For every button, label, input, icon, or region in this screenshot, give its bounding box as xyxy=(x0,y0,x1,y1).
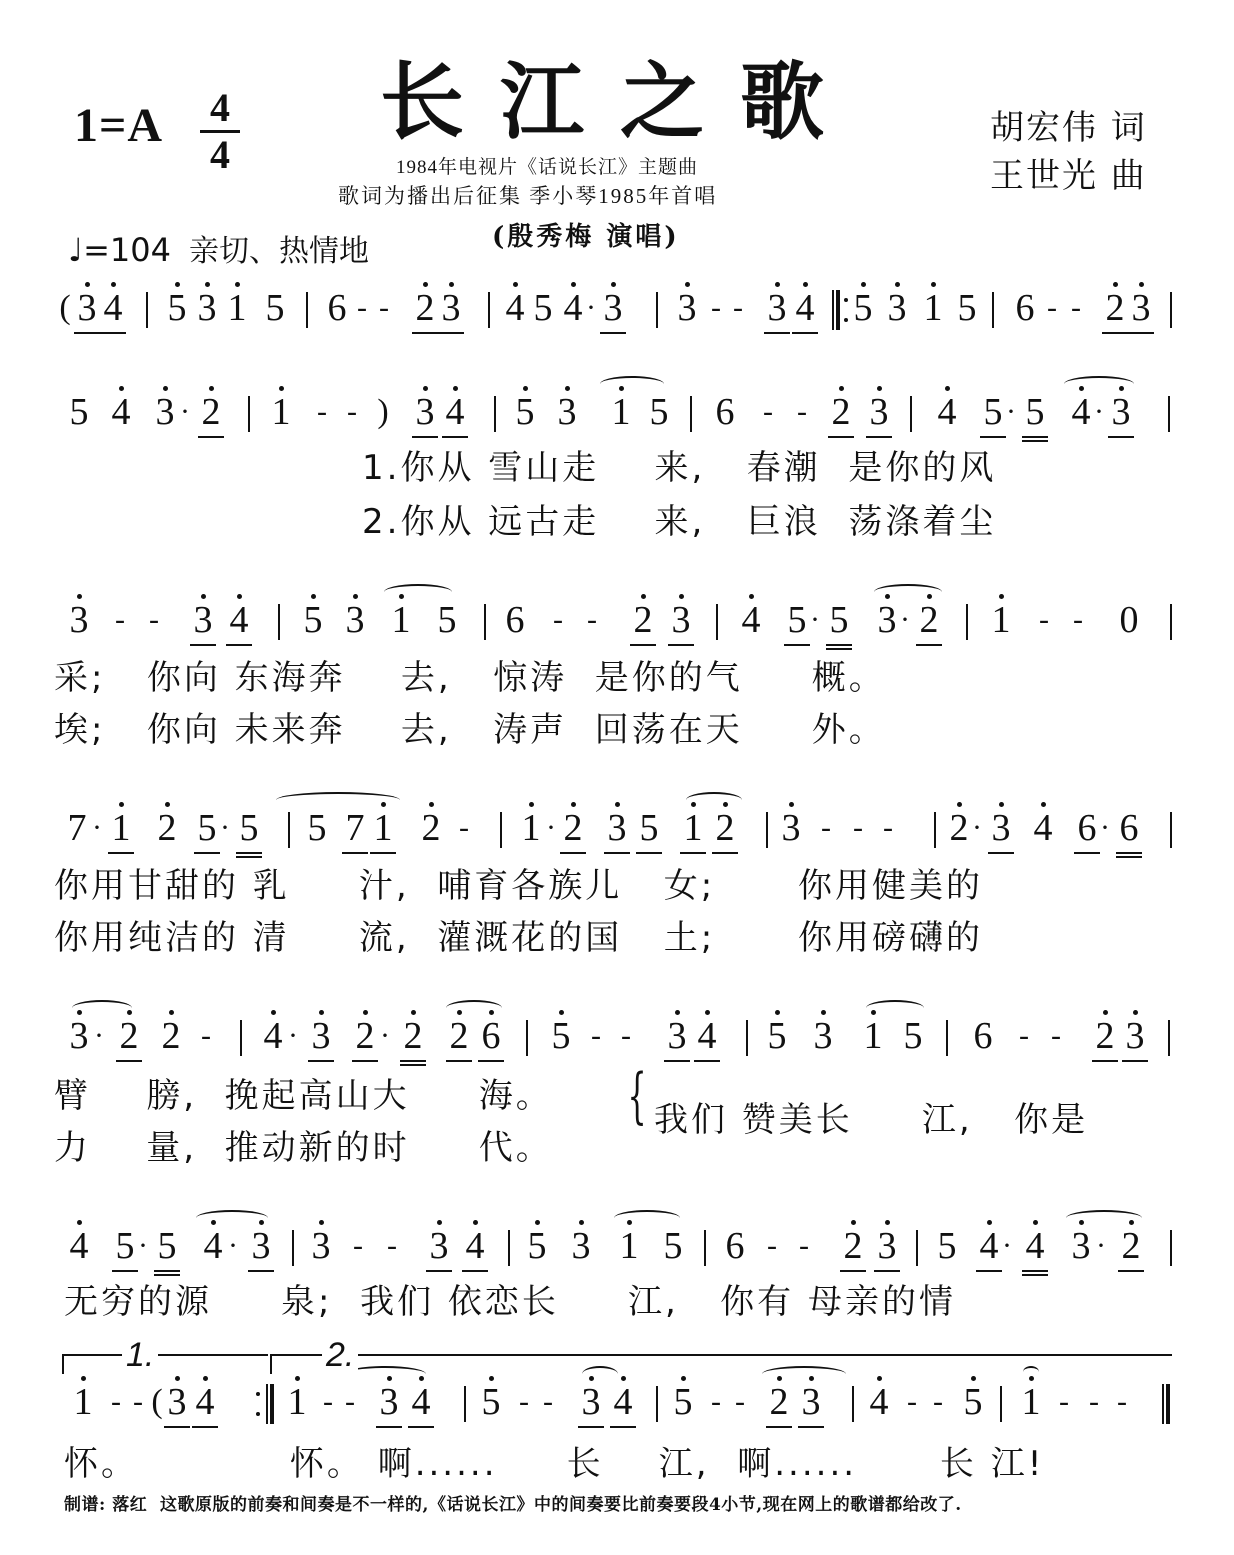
octave-dot xyxy=(679,594,684,599)
extension-dash: - xyxy=(342,1380,358,1424)
note: 1 xyxy=(990,598,1012,642)
extension-dash: - xyxy=(904,1380,920,1424)
underline-eighth xyxy=(308,1060,334,1062)
note-digit: 3 xyxy=(252,1225,271,1267)
note-digit: 3 xyxy=(78,287,97,329)
underline-eighth xyxy=(376,1426,402,1428)
slur-arc xyxy=(446,1000,502,1016)
note-digit: 4 xyxy=(938,391,957,433)
note: 5 xyxy=(982,390,1004,434)
volta-bracket xyxy=(270,1354,1172,1374)
note-digit: 6 xyxy=(482,1015,501,1057)
slur-arc xyxy=(1066,1210,1142,1226)
note: 5 xyxy=(156,1224,178,1268)
extension-dash: - xyxy=(1070,598,1086,642)
extension-dash: - xyxy=(880,806,896,850)
transcriber-note: 制谱: 落红 这歌原版的前奏和间奏是不一样的,《话说长江》中的间奏要比前奏要段4… xyxy=(64,1490,962,1515)
note-digit: 7 xyxy=(346,807,365,849)
note-digit: 1 xyxy=(228,287,247,329)
note-digit: 3 xyxy=(672,599,691,641)
underline-eighth xyxy=(668,644,694,646)
note-digit: 3 xyxy=(312,1225,331,1267)
note: 6 xyxy=(1076,806,1098,850)
note: 5 xyxy=(766,1014,788,1058)
octave-dot xyxy=(999,802,1004,807)
barline xyxy=(146,292,148,328)
barline xyxy=(1168,396,1170,432)
repeat-dots xyxy=(844,298,850,322)
note: 6 xyxy=(326,286,348,330)
octave-dot xyxy=(81,1376,86,1381)
barline xyxy=(306,292,308,328)
note: 3 xyxy=(780,806,802,850)
octave-dot xyxy=(205,282,210,287)
note: 4 xyxy=(262,1014,284,1058)
extension-dash: - xyxy=(1056,1380,1072,1424)
augmentation-dot: · xyxy=(380,1014,390,1058)
octave-dot xyxy=(579,1220,584,1225)
octave-dot xyxy=(429,802,434,807)
slur-arc xyxy=(384,584,452,600)
octave-dot xyxy=(565,386,570,391)
note-digit: 3 xyxy=(878,599,897,641)
octave-dot xyxy=(1033,1220,1038,1225)
extension-dash: - xyxy=(818,806,834,850)
note: 2 xyxy=(200,390,222,434)
note: 5 xyxy=(480,1380,502,1424)
underline-eighth xyxy=(798,1426,824,1428)
note: 5 xyxy=(902,1014,924,1058)
underline-eighth xyxy=(792,332,818,334)
note-digit: 5 xyxy=(674,1381,693,1423)
barline xyxy=(1000,1386,1002,1422)
note: 5 xyxy=(68,390,90,434)
note-digit: 4 xyxy=(112,391,131,433)
extension-dash: - xyxy=(1068,286,1084,330)
note: 4 xyxy=(228,598,250,642)
barline xyxy=(1170,604,1172,640)
extension-dash: - xyxy=(320,1380,336,1424)
note: 6 xyxy=(1118,806,1140,850)
note: 4 xyxy=(936,390,958,434)
extension-dash: - xyxy=(130,1380,146,1424)
note-digit: 4 xyxy=(742,599,761,641)
note: 6 xyxy=(724,1224,746,1268)
lyric-line: 怀。 怀。 啊...... 长 江, 啊...... 长 江! xyxy=(64,1436,1044,1485)
note: 5 xyxy=(962,1380,984,1424)
octave-dot xyxy=(999,594,1004,599)
underline-sixteenth xyxy=(1116,856,1142,858)
note-digit: 3 xyxy=(582,1381,601,1423)
underline-eighth xyxy=(100,332,126,334)
extension-dash: - xyxy=(708,286,724,330)
underline-eighth xyxy=(352,1060,378,1062)
note: 2 xyxy=(402,1014,424,1058)
underline-eighth xyxy=(442,436,468,438)
note-digit: 3 xyxy=(156,391,175,433)
underline-eighth xyxy=(400,1060,426,1062)
octave-dot xyxy=(571,282,576,287)
barline xyxy=(508,1230,510,1266)
note: 2 xyxy=(160,1014,182,1058)
note: 3 xyxy=(676,286,698,330)
note-digit: 7 xyxy=(68,807,87,849)
underline-eighth xyxy=(408,1426,434,1428)
note: 2 xyxy=(768,1380,790,1424)
note-digit: 3 xyxy=(572,1225,591,1267)
note: 5 xyxy=(852,286,874,330)
note-digit: 1 xyxy=(864,1015,883,1057)
underline-eighth xyxy=(426,1270,452,1272)
note-digit: 5 xyxy=(650,391,669,433)
note-digit: 2 xyxy=(450,1015,469,1057)
note-digit: 3 xyxy=(604,287,623,329)
note: 3 xyxy=(76,286,98,330)
extension-dash: - xyxy=(760,390,776,434)
extension-dash: - xyxy=(708,1380,724,1424)
note-digit: 1 xyxy=(272,391,291,433)
note-digit: 3 xyxy=(312,1015,331,1057)
note: 3 xyxy=(440,286,462,330)
augmentation-dot: · xyxy=(1100,806,1110,850)
augmentation-dot: · xyxy=(972,806,982,850)
note-digit: 3 xyxy=(168,1381,187,1423)
slur-arc xyxy=(196,1210,268,1226)
note-digit: 3 xyxy=(442,287,461,329)
slur-arc xyxy=(686,792,742,808)
octave-dot xyxy=(971,1376,976,1381)
note: 2 xyxy=(842,1224,864,1268)
slur-arc xyxy=(72,1000,132,1016)
barline xyxy=(248,396,250,432)
octave-dot xyxy=(85,282,90,287)
note: 4 xyxy=(102,286,124,330)
augmentation-dot: · xyxy=(810,598,820,642)
barline xyxy=(992,292,994,328)
underline-eighth xyxy=(1022,436,1048,438)
slur-arc xyxy=(866,1000,924,1016)
barline xyxy=(500,812,502,848)
note-digit: 2 xyxy=(1096,1015,1115,1057)
note-digit: 3 xyxy=(1126,1015,1145,1057)
note: 2 xyxy=(420,806,442,850)
augmentation-dot: · xyxy=(1096,1224,1106,1268)
volta-number: 2. xyxy=(322,1336,358,1375)
note-digit: 5 xyxy=(938,1225,957,1267)
octave-dot xyxy=(685,282,690,287)
underline-eighth xyxy=(1092,1060,1118,1062)
underline-eighth xyxy=(828,436,854,438)
note: 2 xyxy=(156,806,178,850)
octave-dot xyxy=(641,594,646,599)
note: 3 xyxy=(1070,1224,1092,1268)
extension-dash: - xyxy=(456,806,472,850)
octave-dot xyxy=(423,386,428,391)
note-digit: 1 xyxy=(924,287,943,329)
note-digit: 1 xyxy=(684,807,703,849)
octave-dot xyxy=(957,802,962,807)
barline xyxy=(288,812,290,848)
octave-dot xyxy=(203,1376,208,1381)
note-digit: 5 xyxy=(788,599,807,641)
note: 3 xyxy=(192,598,214,642)
note-digit: 6 xyxy=(1078,807,1097,849)
note: 2 xyxy=(414,286,436,330)
underline-eighth xyxy=(190,644,216,646)
octave-dot xyxy=(675,1010,680,1015)
note: 3 xyxy=(378,1380,400,1424)
note-digit: 4 xyxy=(466,1225,485,1267)
barline xyxy=(910,396,912,432)
note-digit: 3 xyxy=(992,807,1011,849)
octave-dot xyxy=(945,386,950,391)
underline-eighth xyxy=(108,852,134,854)
underline-eighth xyxy=(248,1270,274,1272)
note-digit: 5 xyxy=(958,287,977,329)
note: 4 xyxy=(1024,1224,1046,1268)
note-digit: 5 xyxy=(534,287,553,329)
octave-dot xyxy=(705,1010,710,1015)
note: 3 xyxy=(1130,286,1152,330)
note: 7 xyxy=(66,806,88,850)
note: 3 xyxy=(166,1380,188,1424)
note: 3 xyxy=(886,286,908,330)
octave-dot xyxy=(1139,282,1144,287)
note-digit: 3 xyxy=(814,1015,833,1057)
underline-eighth xyxy=(680,852,706,854)
note: 3 xyxy=(868,390,890,434)
note-digit: 3 xyxy=(194,599,213,641)
note: 3 xyxy=(1110,390,1132,434)
note-digit: 3 xyxy=(668,1015,687,1057)
lyric-line: 力 量, 推动新的时 代。 xyxy=(54,1120,553,1169)
note-digit: 5 xyxy=(70,391,89,433)
note-digit: 2 xyxy=(950,807,969,849)
note: 1 xyxy=(520,806,542,850)
note-digit: 5 xyxy=(304,599,323,641)
barline xyxy=(526,1020,528,1056)
extension-dash: - xyxy=(796,1224,812,1268)
note-digit: 2 xyxy=(120,1015,139,1057)
note: 4 xyxy=(110,390,132,434)
underline-eighth xyxy=(1108,436,1134,438)
note-digit: 6 xyxy=(506,599,525,641)
underline-eighth xyxy=(766,1426,792,1428)
barline xyxy=(278,604,280,640)
note-digit: 2 xyxy=(920,599,939,641)
underline-sixteenth xyxy=(1022,1274,1048,1276)
octave-dot xyxy=(411,1010,416,1015)
augmentation-dot: · xyxy=(138,1224,148,1268)
barline xyxy=(716,604,718,640)
extension-dash: - xyxy=(108,1380,124,1424)
extension-dash: - xyxy=(1114,1380,1130,1424)
barline xyxy=(484,604,486,640)
underline-eighth xyxy=(1074,852,1100,854)
note-digit: 4 xyxy=(796,287,815,329)
extension-dash: - xyxy=(146,598,162,642)
lyric-line: 我们 赞美长 江, 你是 xyxy=(654,1092,1088,1141)
underline-eighth xyxy=(578,1426,604,1428)
note: 5 xyxy=(672,1380,694,1424)
note-digit: 6 xyxy=(1016,287,1035,329)
note-digit: 4 xyxy=(412,1381,431,1423)
note: 5 xyxy=(264,286,286,330)
chorus-brace: { xyxy=(628,1066,647,1126)
subtitle-theme: 1984年电视片《话说长江》主题曲 xyxy=(396,152,698,179)
note-digit: 3 xyxy=(416,391,435,433)
note-digit: 5 xyxy=(482,1381,501,1423)
note: 1 xyxy=(1020,1380,1042,1424)
note-digit: 2 xyxy=(716,807,735,849)
slur-arc xyxy=(600,376,664,392)
lyric-line: 你用纯洁的 清 流, 灌溉花的国 土; 你用磅礴的 xyxy=(54,910,983,959)
augmentation-dot: · xyxy=(220,806,230,850)
note: 3 xyxy=(154,390,176,434)
note-digit: 2 xyxy=(158,807,177,849)
note-digit: 4 xyxy=(70,1225,89,1267)
note: 3 xyxy=(812,1014,834,1058)
note: 4 xyxy=(68,1224,90,1268)
barline xyxy=(292,1230,294,1266)
octave-dot xyxy=(615,802,620,807)
underline-eighth xyxy=(236,852,262,854)
notation-line: 3·22-4·32·2265--3453156--23 xyxy=(0,1014,1234,1074)
underline-eighth xyxy=(764,332,790,334)
extension-dash: - xyxy=(794,390,810,434)
underline-eighth xyxy=(74,332,100,334)
note: 1 xyxy=(226,286,248,330)
note-digit: 4 xyxy=(506,287,525,329)
underline-eighth xyxy=(694,1060,720,1062)
note: 2 xyxy=(918,598,940,642)
underline-eighth xyxy=(194,852,220,854)
note-digit: 2 xyxy=(422,807,441,849)
time-signature: 4 4 xyxy=(200,88,240,175)
note: 1 xyxy=(372,806,394,850)
note-digit: 3 xyxy=(878,1225,897,1267)
note: 5 xyxy=(526,1224,548,1268)
barline xyxy=(946,1020,948,1056)
octave-dot xyxy=(169,1010,174,1015)
underline-eighth xyxy=(1118,1270,1144,1272)
underline-eighth xyxy=(1128,332,1154,334)
note-digit: 3 xyxy=(198,287,217,329)
note: 3 xyxy=(68,1014,90,1058)
note: 1 xyxy=(610,390,632,434)
octave-dot xyxy=(1113,282,1118,287)
octave-dot xyxy=(237,594,242,599)
underline-eighth xyxy=(116,1060,142,1062)
underline-eighth xyxy=(630,644,656,646)
lyric-line: 无穷的源 泉; 我们 依恋长 江, 你有 母亲的情 xyxy=(64,1274,956,1323)
note: 4 xyxy=(794,286,816,330)
note-digit: 5 xyxy=(266,287,285,329)
tempo-marking: ♩=104亲切、热情地 xyxy=(68,226,369,270)
extension-dash: - xyxy=(354,286,370,330)
note: 3 xyxy=(800,1380,822,1424)
note-digit: 6 xyxy=(328,287,347,329)
octave-dot xyxy=(201,594,206,599)
barline xyxy=(464,1386,466,1422)
underline-eighth xyxy=(916,644,942,646)
octave-dot xyxy=(77,594,82,599)
subtitle-note: 歌词为播出后征集 季小琴1985年首唱 xyxy=(338,180,717,210)
underline-eighth xyxy=(784,644,810,646)
note: 3 xyxy=(196,286,218,330)
note-digit: 6 xyxy=(716,391,735,433)
augmentation-dot: · xyxy=(92,806,102,850)
extension-dash: - xyxy=(516,1380,532,1424)
note-digit: 1 xyxy=(620,1225,639,1267)
underline-eighth xyxy=(192,1426,218,1428)
extension-dash: - xyxy=(376,286,392,330)
note: 1 xyxy=(270,390,292,434)
note: 1 xyxy=(682,806,704,850)
barline xyxy=(656,1386,658,1422)
note: 3 xyxy=(670,598,692,642)
barline xyxy=(690,396,692,432)
octave-dot xyxy=(571,802,576,807)
note-digit: 2 xyxy=(844,1225,863,1267)
extension-dash: - xyxy=(384,1224,400,1268)
octave-dot xyxy=(175,282,180,287)
note-digit: 5 xyxy=(664,1225,683,1267)
underline-eighth xyxy=(446,1060,472,1062)
note: 4 xyxy=(202,1224,224,1268)
song-title: 长江之歌 xyxy=(380,52,860,152)
extension-dash: - xyxy=(618,1014,634,1058)
note-digit: 1 xyxy=(112,807,131,849)
barline xyxy=(1170,812,1172,848)
note-digit: 5 xyxy=(198,807,217,849)
note: 4 xyxy=(696,1014,718,1058)
note: 5 xyxy=(306,806,328,850)
underline-eighth xyxy=(866,436,892,438)
note-digit: 5 xyxy=(438,599,457,641)
note: 2 xyxy=(830,390,852,434)
octave-dot xyxy=(987,1220,992,1225)
note: 3 xyxy=(570,1224,592,1268)
octave-dot xyxy=(931,282,936,287)
note-digit: 2 xyxy=(770,1381,789,1423)
note: 5 xyxy=(302,598,324,642)
note: 3 xyxy=(602,286,624,330)
underline-eighth xyxy=(826,644,852,646)
octave-dot xyxy=(453,386,458,391)
note: 5 xyxy=(436,598,458,642)
note: 5 xyxy=(662,1224,684,1268)
note: 3 xyxy=(250,1224,272,1268)
underline-eighth xyxy=(1102,332,1128,334)
extension-dash: - xyxy=(112,598,128,642)
slur-arc xyxy=(614,1210,680,1226)
note-digit: 2 xyxy=(1122,1225,1141,1267)
octave-dot xyxy=(473,1220,478,1225)
note-digit: 5 xyxy=(516,391,535,433)
note-digit: 1 xyxy=(374,807,393,849)
note: 5 xyxy=(638,806,660,850)
composer-credit: 王世光 曲 xyxy=(990,148,1147,197)
singer-credit: (殷秀梅 演唱) xyxy=(492,216,680,253)
underline-sixteenth xyxy=(1022,440,1048,442)
barline xyxy=(1168,1020,1170,1056)
barline xyxy=(1170,1230,1172,1266)
note: 3 xyxy=(1124,1014,1146,1058)
note-digit: 4 xyxy=(196,1381,215,1423)
note-digit: 5 xyxy=(116,1225,135,1267)
final-barline xyxy=(1162,1384,1170,1424)
